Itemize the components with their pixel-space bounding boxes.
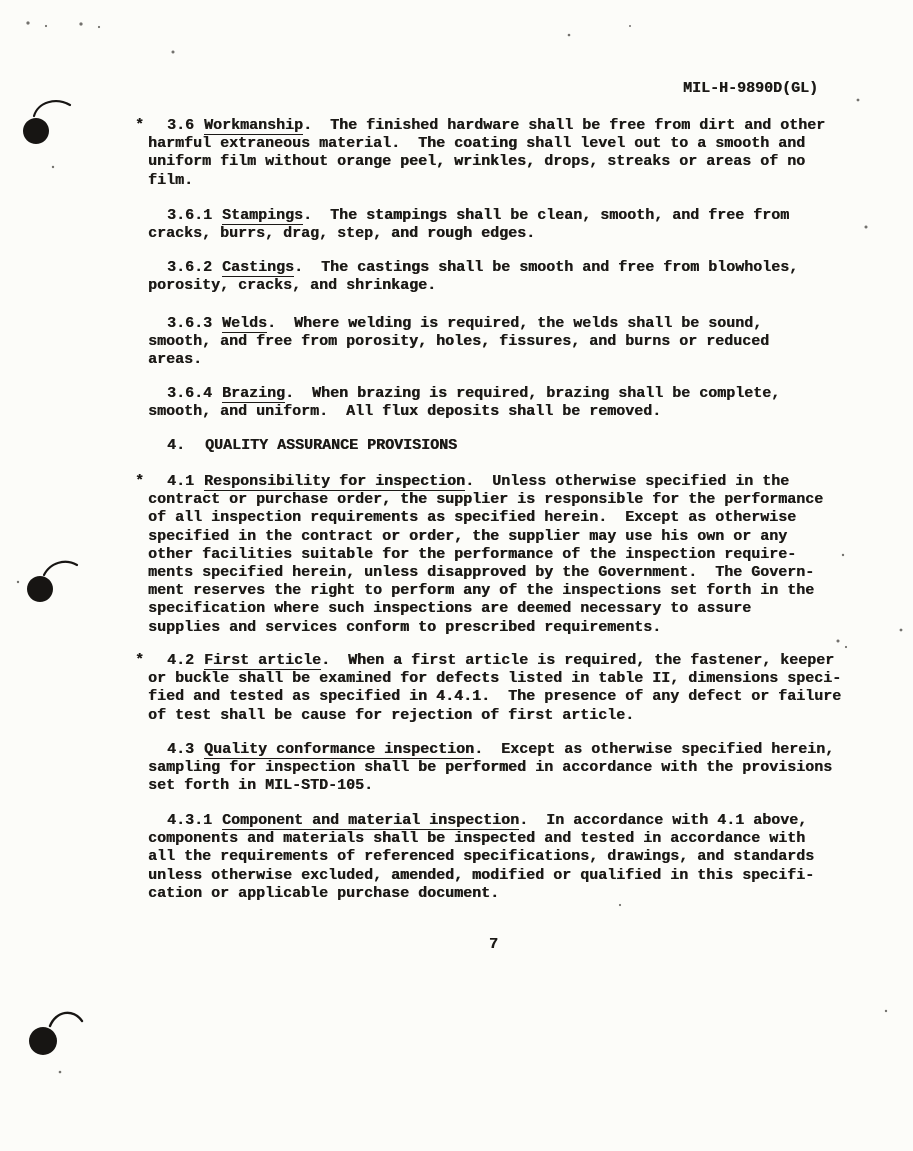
heading-number: 4. [167,437,185,454]
section-3-6-4: 3.6.4Brazing. When brazing is required, … [148,385,888,421]
section-title: Brazing [222,385,285,403]
hole-punch-mark [29,1013,82,1055]
section-number: 4.3.1 [167,812,212,829]
section-number: 4.3 [167,741,194,758]
section-number: 3.6.3 [167,315,212,332]
section-3-6-3: 3.6.3Welds. Where welding is required, t… [148,315,888,370]
section-3-6: *3.6Workmanship. The finished hardware s… [148,117,888,190]
section-3-6-1: 3.6.1Stampings. The stampings shall be c… [148,207,888,243]
section-number: 3.6.4 [167,385,212,402]
section-number: 3.6.2 [167,259,212,276]
scanned-document-page: MIL-H-9890D(GL) *3.6Workmanship. The fin… [0,0,913,1151]
heading-text: QUALITY ASSURANCE PROVISIONS [205,437,457,454]
section-4-3: 4.3Quality conformance inspection. Excep… [148,741,888,796]
section-number: 4.1 [167,473,194,490]
section-title: Responsibility for inspection [204,473,465,491]
section-heading-4: 4.QUALITY ASSURANCE PROVISIONS [148,437,888,455]
section-body: . Unless otherwise specified in the cont… [148,473,823,636]
section-4-2: *4.2First article. When a first article … [148,652,888,725]
document-spec-code: MIL-H-9890D(GL) [683,80,818,98]
section-title: Castings [222,259,294,277]
page-number: 7 [489,936,498,954]
section-title: Component and material inspection [222,812,519,830]
change-marker: * [135,117,144,135]
section-4-1: *4.1Responsibility for inspection. Unles… [148,473,888,637]
section-3-6-2: 3.6.2Castings. The castings shall be smo… [148,259,888,295]
section-number: 3.6 [167,117,194,134]
section-title: First article [204,652,321,670]
section-title: Workmanship [204,117,303,135]
section-number: 4.2 [167,652,194,669]
section-title: Welds [222,315,267,333]
section-number: 3.6.1 [167,207,212,224]
section-title: Quality conformance inspection [204,741,474,759]
section-title: Stampings [222,207,303,225]
hole-punch-mark [27,562,77,602]
change-marker: * [135,652,144,670]
section-4-3-1: 4.3.1Component and material inspection. … [148,812,888,903]
hole-punch-mark [23,101,70,144]
change-marker: * [135,473,144,491]
